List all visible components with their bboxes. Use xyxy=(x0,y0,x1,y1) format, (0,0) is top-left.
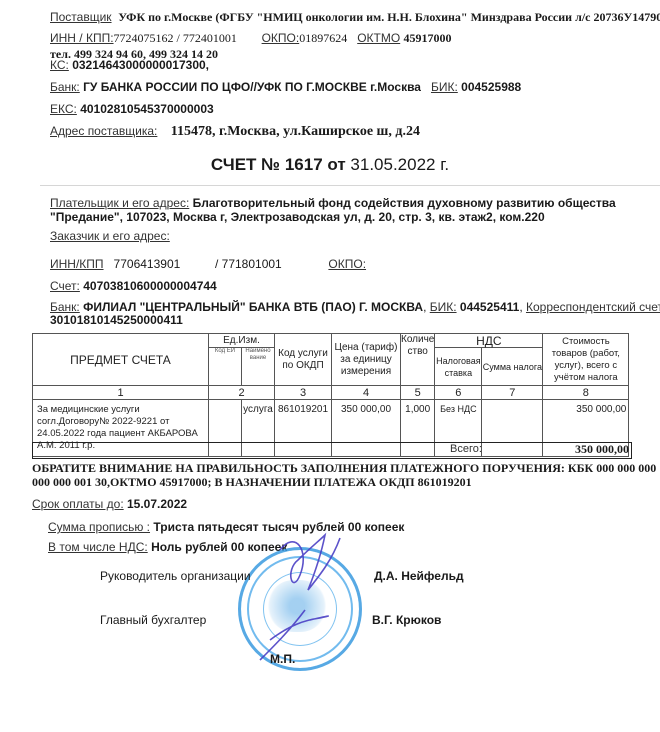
payer-bank-value: ФИЛИАЛ "ЦЕНТРАЛЬНЫЙ" БАНКА ВТБ (ПАО) Г. … xyxy=(83,300,423,314)
header-unit-code: Код ЕИ xyxy=(209,348,242,386)
supplier-bik-value: 004525988 xyxy=(461,80,521,94)
payer-bank-line: Банк: ФИЛИАЛ "ЦЕНТРАЛЬНЫЙ" БАНКА ВТБ (ПА… xyxy=(50,300,660,314)
invoice-date: 31.05.2022 г. xyxy=(350,155,449,174)
header-unit: Ед.Изм. xyxy=(209,334,275,348)
payer-inn-label: ИНН/КПП xyxy=(50,257,104,271)
supplier-oktmo-value: 45917000 xyxy=(404,31,452,45)
payment-notice-line2: 000 000 001 30,ОКТМО 45917000; В НАЗНАЧЕ… xyxy=(32,475,472,490)
header-price: Цена (тариф) за единицу измерения xyxy=(332,334,401,386)
supplier-ks-line: КС: 03214643000000017300, xyxy=(50,58,209,72)
supplier-okpo-label: ОКПО: xyxy=(262,31,300,45)
invoice-title: СЧЕТ № 1617 от 31.05.2022 г. xyxy=(0,155,660,175)
due-date-label: Срок оплаты до: xyxy=(32,497,124,511)
payment-notice-line1: ОБРАТИТЕ ВНИМАНИЕ НА ПРАВИЛЬНОСТЬ ЗАПОЛН… xyxy=(32,461,656,476)
header-qty: Количе ство xyxy=(401,334,435,386)
payer-line: Плательщик и его адрес: Благотворительны… xyxy=(50,196,616,210)
payer-inn-line: ИНН/КПП 7706413901 / 771801001 ОКПО: xyxy=(50,257,366,271)
sum-words-label: Сумма прописью : xyxy=(48,520,150,534)
header-vat-sum: Сумма налога xyxy=(482,348,543,386)
supplier-inn-line: ИНН / КПП:7724075162 / 772401001 ОКПО:01… xyxy=(50,31,452,46)
payer-bank-label: Банк: xyxy=(50,300,80,314)
total-value: 350 000,00 xyxy=(575,442,629,457)
invoice-from: от xyxy=(327,155,345,174)
supplier-eks-label: ЕКС: xyxy=(50,102,77,116)
due-date-value: 15.07.2022 xyxy=(127,497,187,511)
supplier-inn-value: 7724075162 / 772401001 xyxy=(114,31,237,45)
supplier-ks-label: КС: xyxy=(50,58,69,72)
payer-value-line1: Благотворительный фонд содействия духовн… xyxy=(193,196,616,210)
payer-corr-label: Корреспондентский счет: xyxy=(526,300,660,314)
stamp-label: М.П. xyxy=(270,652,295,666)
payer-label: Плательщик и его адрес: xyxy=(50,196,189,210)
payer-okpo-label: ОКПО: xyxy=(328,257,366,271)
supplier-okpo-value: 01897624 xyxy=(299,31,347,45)
total-row xyxy=(32,442,632,459)
invoice-number: СЧЕТ № 1617 xyxy=(211,155,323,174)
vat-words-label: В том числе НДС: xyxy=(48,540,148,554)
payer-bik-value: 044525411 xyxy=(460,300,519,314)
payer-corr-value: 30101810145250000411 xyxy=(50,313,183,327)
supplier-eks-line: ЕКС: 40102810545370000003 xyxy=(50,102,214,116)
title-divider xyxy=(40,185,660,186)
header-unit-name: Наимено вание xyxy=(242,348,275,386)
signature-icon xyxy=(250,530,360,670)
supplier-bik-label: БИК: xyxy=(431,80,458,94)
supplier-address-line: Адрес поставщика: 115478, г.Москва, ул.К… xyxy=(50,122,420,140)
supplier-label: Поставщик xyxy=(50,10,112,24)
supplier-oktmo-label: ОКТМО xyxy=(357,31,400,45)
header-okdp: Код услуги по ОКДП xyxy=(275,334,332,386)
head-label: Руководитель организации xyxy=(100,569,251,583)
head-name: Д.А. Нейфельд xyxy=(374,569,464,583)
due-date-line: Срок оплаты до: 15.07.2022 xyxy=(32,497,187,511)
invoice-table: ПРЕДМЕТ СЧЕТА Ед.Изм. Код услуги по ОКДП… xyxy=(32,333,629,457)
payer-kpp-value: / 771801001 xyxy=(215,257,282,271)
supplier-line: Поставщик УФК по г.Москве (ФГБУ "НМИЦ он… xyxy=(50,10,660,25)
supplier-eks-value: 40102810545370000003 xyxy=(80,102,213,116)
supplier-bank-line: Банк: ГУ БАНКА РОССИИ ПО ЦФО//УФК ПО Г.М… xyxy=(50,80,521,94)
header-vat-rate: Налоговая ставка xyxy=(435,348,482,386)
supplier-address-label: Адрес поставщика: xyxy=(50,124,157,138)
supplier-inn-label: ИНН / КПП: xyxy=(50,31,114,45)
column-numbers-row: 1 2 3 4 5 6 7 8 xyxy=(33,386,629,400)
supplier-bank-value: ГУ БАНКА РОССИИ ПО ЦФО//УФК ПО Г.МОСКВЕ … xyxy=(83,80,421,94)
payer-account-value: 40703810600000004744 xyxy=(83,279,216,293)
header-total: Стоимость товаров (работ, услуг), всего … xyxy=(543,334,629,386)
payer-value-line2: "Предание", 107023, Москва г, Электрозав… xyxy=(50,210,545,224)
supplier-address-value: 115478, г.Москва, ул.Каширское ш, д.24 xyxy=(171,124,420,139)
payer-inn-value: 7706413901 xyxy=(114,257,181,271)
header-subject: ПРЕДМЕТ СЧЕТА xyxy=(33,334,209,386)
header-vat: НДС xyxy=(435,334,543,348)
payer-account-line: Счет: 40703810600000004744 xyxy=(50,279,217,293)
customer-label: Заказчик и его адрес: xyxy=(50,229,170,243)
supplier-ks-value: 03214643000000017300, xyxy=(72,58,209,72)
payer-bik-label: БИК: xyxy=(430,300,457,314)
accountant-label: Главный бухгалтер xyxy=(100,613,206,627)
supplier-bank-label: Банк: xyxy=(50,80,80,94)
accountant-name: В.Г. Крюков xyxy=(372,613,441,627)
total-label: Всего: xyxy=(450,443,482,455)
supplier-value: УФК по г.Москве (ФГБУ "НМИЦ онкологии им… xyxy=(118,10,660,24)
payer-account-label: Счет: xyxy=(50,279,80,293)
